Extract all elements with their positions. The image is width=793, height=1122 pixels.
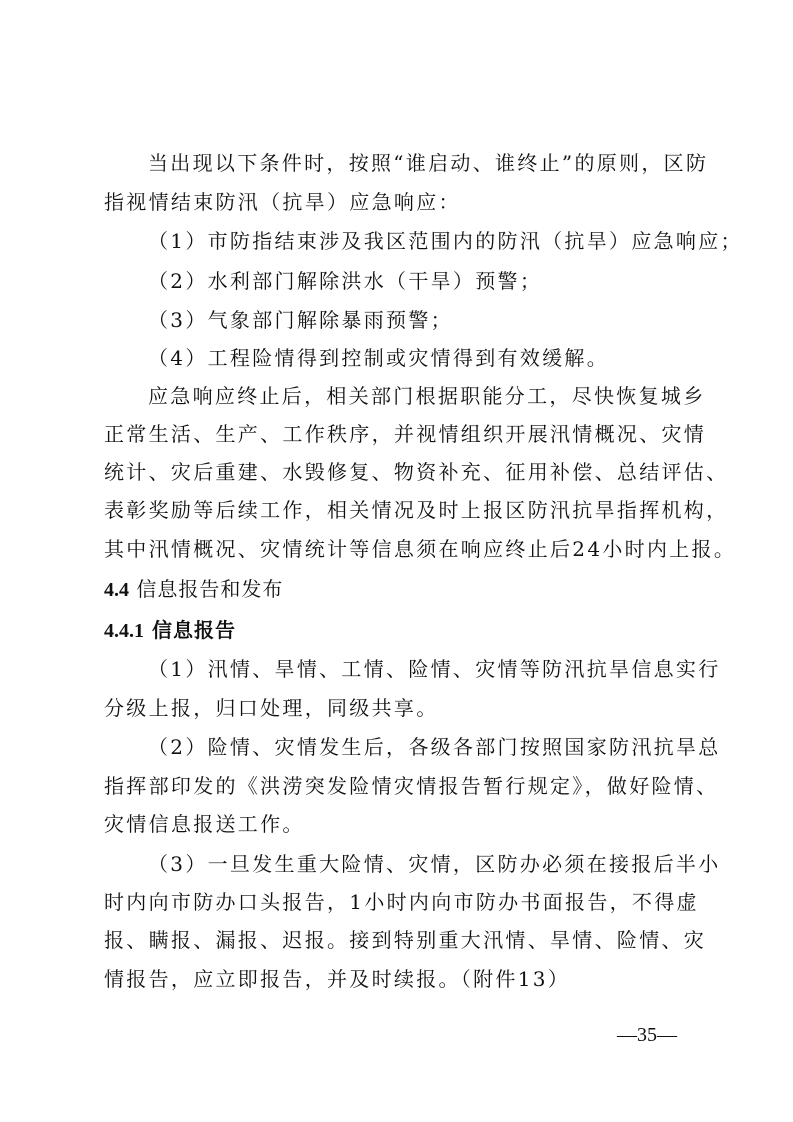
section-title: 信息报告和发布	[136, 577, 283, 601]
paragraph-line: 表彰奖励等后续工作，相关情况及时上报区防汛抗旱指挥机构，	[104, 497, 694, 523]
list-item-2: （2）水利部门解除洪水（干旱）预警；	[148, 268, 694, 294]
paragraph-line: 时内向市防办口头报告，1小时内向市防办书面报告，不得虚	[104, 889, 694, 915]
paragraph-line: 当出现以下条件时，按照“谁启动、谁终止”的原则，区防	[148, 150, 694, 176]
section-title: 信息报告	[152, 618, 236, 642]
paragraph-line: 指挥部印发的《洪涝突发险情灾情报告暂行规定》，做好险情、	[104, 773, 694, 799]
paragraph-line: 统计、灾后重建、水毁修复、物资补充、征用补偿、总结评估、	[104, 459, 694, 485]
list-item-3: （3）一旦发生重大险情、灾情，区防办必须在接报后半小	[148, 851, 694, 877]
paragraph-line: 正常生活、生产、工作秩序，并视情组织开展汛情概况、灾情	[104, 421, 694, 447]
list-item-4: （4）工程险情得到控制或灾情得到有效缓解。	[148, 345, 694, 371]
page-number: —35—	[617, 1024, 677, 1047]
document-page: 当出现以下条件时，按照“谁启动、谁终止”的原则，区防 指视情结束防汛（抗旱）应急…	[0, 0, 793, 1122]
list-item-3: （3）气象部门解除暴雨预警；	[148, 307, 694, 333]
paragraph-line: 其中汛情概况、灾情统计等信息须在响应终止后24小时内上报。	[104, 536, 694, 562]
paragraph-line: 应急响应终止后，相关部门根据职能分工，尽快恢复城乡	[148, 383, 694, 409]
paragraph-line: 情报告，应立即报告，并及时续报。（附件13）	[104, 966, 694, 992]
section-heading-4-4-1: 4.4.1 信息报告	[104, 617, 694, 643]
paragraph-line: 灾情信息报送工作。	[104, 811, 694, 837]
list-item-1: （1）市防指结束涉及我区范围内的防汛（抗旱）应急响应；	[148, 228, 694, 254]
paragraph-line: 报、瞒报、漏报、迟报。接到特别重大汛情、旱情、险情、灾	[104, 927, 694, 953]
paragraph-line: 指视情结束防汛（抗旱）应急响应：	[104, 189, 694, 215]
list-item-2: （2）险情、灾情发生后，各级各部门按照国家防汛抗旱总	[148, 734, 694, 760]
section-heading-4-4: 4.4 信息报告和发布	[104, 576, 694, 602]
section-number: 4.4	[104, 579, 129, 601]
list-item-1: （1）汛情、旱情、工情、险情、灾情等防汛抗旱信息实行	[148, 656, 694, 682]
section-number: 4.4.1	[104, 620, 144, 642]
paragraph-line: 分级上报，归口处理，同级共享。	[104, 695, 694, 721]
